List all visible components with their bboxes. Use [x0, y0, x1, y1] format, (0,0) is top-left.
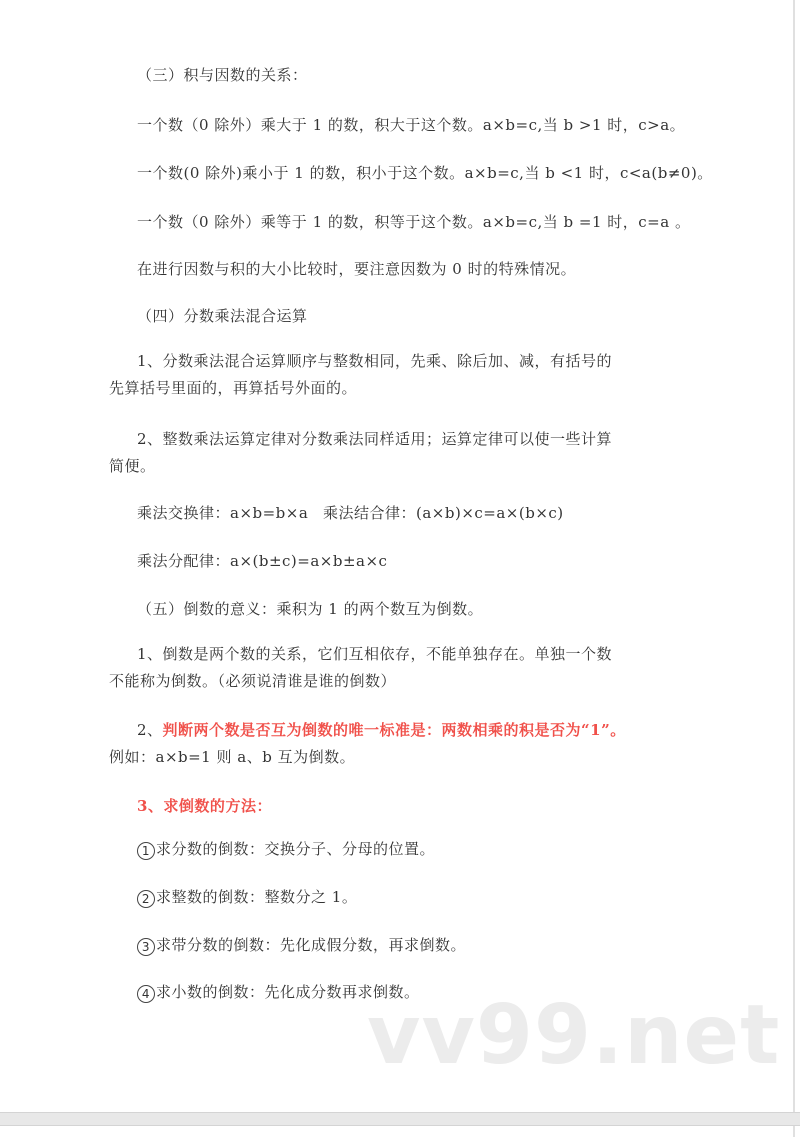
section-3-note: 在进行因数与积的大小比较时，要注意因数为 0 时的特殊情况。 — [137, 258, 576, 280]
distributive-law: 乘法分配律：a×(b±c)=a×b±a×c — [137, 550, 387, 572]
circled-number-4-icon: 4 — [137, 985, 155, 1003]
section-3-rule-equal: 一个数（0 除外）乘等于 1 的数，积等于这个数。a×b=c,当 b =1 时，… — [137, 211, 690, 233]
section-5-item-2-example: 例如：a×b=1 则 a、b 互为倒数。 — [109, 746, 355, 768]
section-4-item-2-line-2: 简便。 — [109, 455, 156, 477]
circled-number-1-icon: 1 — [137, 842, 155, 860]
associative-law: 乘法结合律：(a×b)×c=a×(b×c) — [323, 502, 564, 524]
document-page: （三）积与因数的关系： 一个数（0 除外）乘大于 1 的数，积大于这个数。a×b… — [0, 0, 795, 1112]
method-item-1: 1求分数的倒数：交换分子、分母的位置。 — [137, 838, 435, 860]
circled-number-3-icon: 3 — [137, 938, 155, 956]
commutative-law: 乘法交换律：a×b=b×a — [137, 502, 308, 524]
section-5-item-3-heading: 3、求倒数的方法： — [137, 795, 272, 817]
section-4-item-2-line-1: 2、整数乘法运算定律对分数乘法同样适用；运算定律可以使一些计算 — [137, 428, 612, 450]
section-5-item-2-line-1: 2、判断两个数是否互为倒数的唯一标准是：两数相乘的积是否为“1”。 — [137, 719, 626, 741]
method-item-3: 3求带分数的倒数：先化成假分数，再求倒数。 — [137, 934, 466, 956]
section-5-item-1-line-2: 不能称为倒数。（必须说清谁是谁的倒数） — [109, 670, 396, 692]
reciprocal-criterion-highlight: 判断两个数是否互为倒数的唯一标准是：两数相乘的积是否为“1”。 — [163, 721, 626, 739]
method-text: 求整数的倒数：整数分之 1。 — [156, 888, 357, 906]
method-item-2: 2求整数的倒数：整数分之 1。 — [137, 886, 357, 908]
method-text: 求分数的倒数：交换分子、分母的位置。 — [156, 840, 435, 858]
section-5-heading: （五）倒数的意义：乘积为 1 的两个数互为倒数。 — [137, 598, 483, 620]
next-page-edge — [0, 1126, 795, 1137]
section-5-item-1-line-1: 1、倒数是两个数的关系，它们互相依存，不能单独存在。单独一个数 — [137, 643, 612, 665]
circled-number-2-icon: 2 — [137, 890, 155, 908]
page-separator — [0, 1112, 800, 1126]
item-2-prefix: 2、 — [137, 721, 163, 739]
section-4-heading: （四）分数乘法混合运算 — [137, 305, 308, 327]
watermark: vv99.net — [367, 995, 780, 1077]
method-text: 求带分数的倒数：先化成假分数，再求倒数。 — [156, 936, 466, 954]
section-3-rule-less: 一个数(0 除外)乘小于 1 的数，积小于这个数。a×b=c,当 b <1 时，… — [137, 162, 713, 184]
section-4-item-1-line-1: 1、分数乘法混合运算顺序与整数相同，先乘、除后加、减，有括号的 — [137, 350, 612, 372]
section-4-item-1-line-2: 先算括号里面的，再算括号外面的。 — [109, 377, 357, 399]
section-3-heading: （三）积与因数的关系： — [137, 64, 308, 86]
section-3-rule-greater: 一个数（0 除外）乘大于 1 的数，积大于这个数。a×b=c,当 b >1 时，… — [137, 114, 685, 136]
